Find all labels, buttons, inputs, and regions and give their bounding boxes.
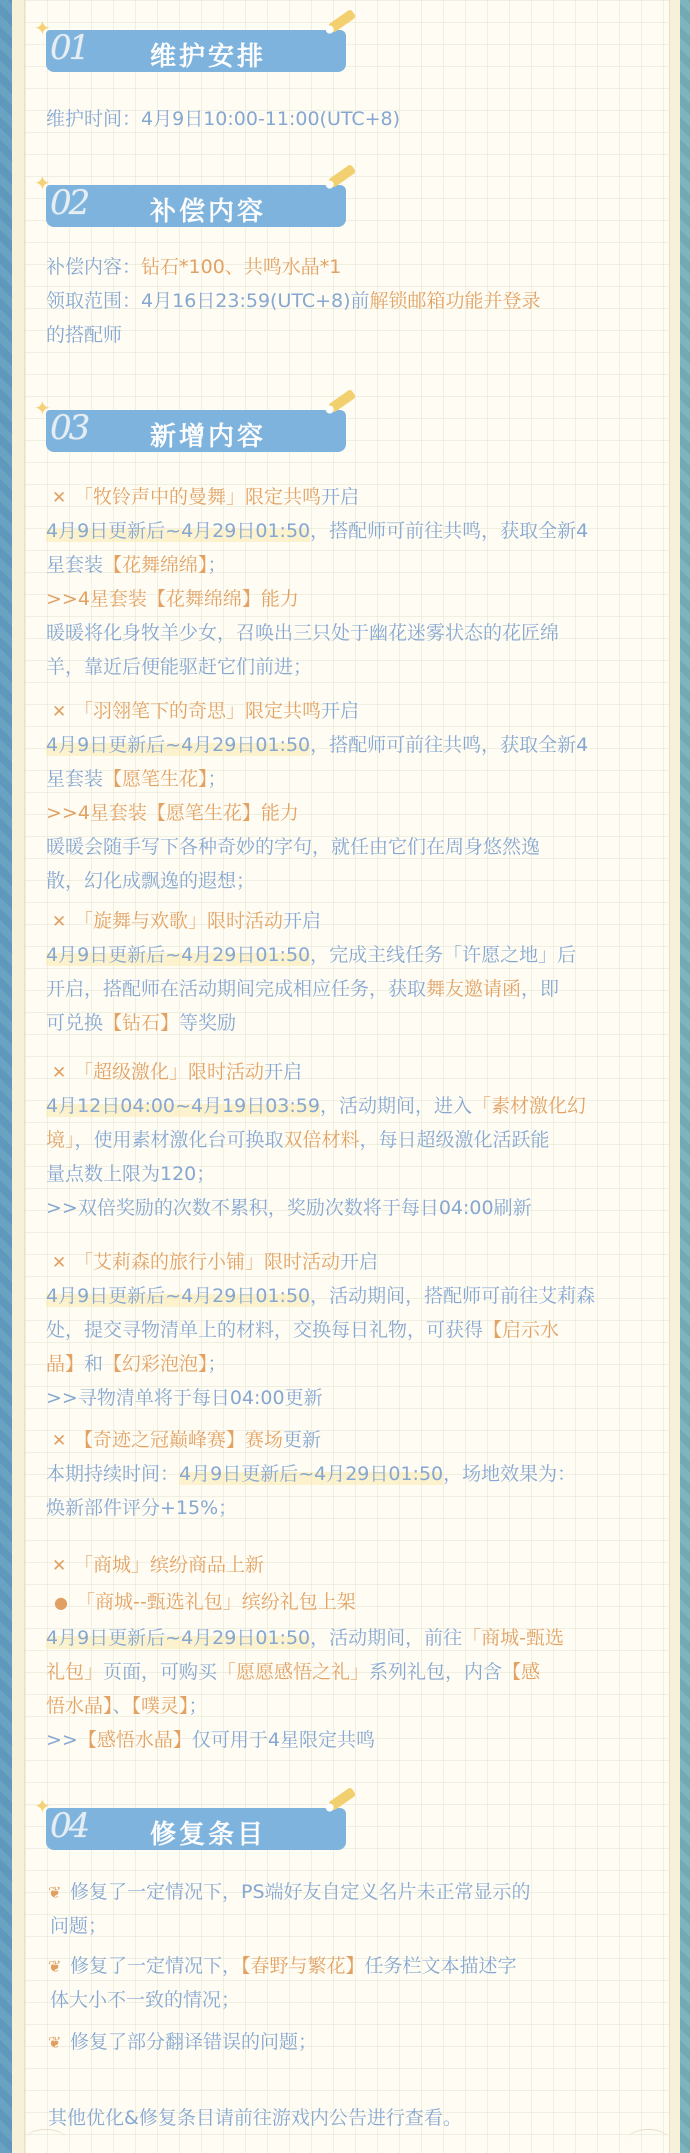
- item-text: ，完成主线任务「许愿之地」后: [310, 944, 576, 966]
- item-line: 星套装【花舞绵绵】；: [46, 553, 227, 577]
- sparkle-icon: ✦: [34, 16, 51, 40]
- item-heading: ✕「牧铃声中的曼舞」限定共鸣开启: [46, 485, 359, 510]
- item-heading-name: 【奇迹之冠巅峰赛】赛场: [74, 1429, 283, 1451]
- compensation-line: 补偿内容：钻石*100、共鸣水晶*1: [46, 255, 341, 279]
- item-text: >>: [46, 1729, 78, 1751]
- fix-highlight: 【春野与繁花】: [241, 1955, 365, 1977]
- item-highlight: 舞友邀请函: [426, 978, 521, 1000]
- section-number: 04: [50, 1806, 87, 1846]
- item-heading-name: 「商城」缤纷商品上新: [74, 1554, 264, 1576]
- claim-range-label: 领取范围：: [46, 290, 141, 312]
- item-heading: ✕「超级激化」限时活动开启: [46, 1060, 302, 1085]
- item-text: 处，提交寻物清单上的材料，交换每日礼物，可获得: [46, 1319, 483, 1341]
- item-line: 礼包」页面，可购买「愿愿感悟之礼」系列礼包，内含【感: [46, 1660, 540, 1684]
- section-header-compensation: ✦ 02 补偿内容: [46, 185, 346, 227]
- item-text: 等奖励: [179, 1012, 236, 1034]
- item-date: 4月9日更新后~4月29日01:50: [46, 734, 310, 756]
- item-line: 晶】和【幻彩泡泡】；: [46, 1352, 227, 1376]
- item-highlight: 【启示水: [483, 1319, 559, 1341]
- fix-text: 任务栏文本描述字: [365, 1955, 517, 1977]
- item-line: 处，提交寻物清单上的材料，交换每日礼物，可获得【启示水: [46, 1318, 559, 1342]
- item-line: 4月9日更新后~4月29日01:50，活动期间，前往「商城-甄选: [46, 1626, 564, 1650]
- item-line: 星套装【愿笔生花】；: [46, 767, 227, 791]
- item-text: 、: [113, 1695, 132, 1717]
- item-text: 星套装: [46, 554, 103, 576]
- compensation-label: 补偿内容：: [46, 256, 141, 278]
- item-line: 4月12日04:00~4月19日03:59，活动期间，进入「素材激化幻: [46, 1094, 586, 1118]
- item-highlight: 礼包」: [46, 1661, 103, 1683]
- claim-range-date: 4月16日23:59(UTC+8)前: [141, 290, 370, 312]
- item-ability: >>4星套装【花舞绵绵】能力: [46, 587, 299, 611]
- item-highlight: 境」: [46, 1129, 75, 1151]
- dot-bullet-icon: ●: [54, 1591, 76, 1615]
- fix-item: ❦修复了一定情况下，PS端好友自定义名片未正常显示的: [46, 1880, 531, 1905]
- section-header-maintenance: ✦ 01 维护安排: [46, 30, 346, 72]
- item-highlight: 悟水晶】: [46, 1695, 113, 1717]
- item-text: 和: [84, 1353, 103, 1375]
- fix-text: 修复了部分翻译错误的问题；: [70, 2031, 317, 2053]
- item-heading-name: 「旋舞与欢歌」限时活动: [74, 910, 283, 932]
- item-text: 开启，搭配师在活动期间完成相应任务，获取: [46, 978, 426, 1000]
- item-highlight: 【感悟水晶】: [78, 1729, 192, 1751]
- item-text: ，活动期间，前往: [310, 1627, 462, 1649]
- x-bullet-icon: ✕: [52, 1251, 74, 1275]
- corner-decoration: [628, 2129, 668, 2149]
- item-highlight: 【钻石】: [103, 1012, 179, 1034]
- item-highlight: 「愿愿感悟之礼」: [217, 1661, 369, 1683]
- section-number: 01: [50, 28, 87, 68]
- item-text: 仅可用于4星限定共鸣: [192, 1729, 375, 1751]
- section-header-new-content: ✦ 03 新增内容: [46, 410, 346, 452]
- item-heading-tail: 更新: [283, 1429, 321, 1451]
- item-text: ；: [208, 768, 227, 790]
- x-bullet-icon: ✕: [52, 910, 74, 934]
- item-line: 4月9日更新后~4月29日01:50，完成主线任务「许愿之地」后: [46, 943, 576, 967]
- item-text: ；: [208, 1353, 227, 1375]
- section-number: 02: [50, 183, 87, 223]
- pencil-icon: [328, 1787, 357, 1811]
- item-line: 开启，搭配师在活动期间完成相应任务，获取舞友邀请函，即: [46, 977, 559, 1001]
- item-heading-tail: 开启: [340, 1251, 378, 1273]
- item-highlight: 【愿笔生花】: [103, 768, 208, 790]
- pencil-icon: [328, 9, 357, 33]
- item-subheading: ●「商城--甄选礼包」缤纷礼包上架: [46, 1590, 356, 1615]
- claim-range-condition: 解锁邮箱功能并登录: [370, 290, 541, 312]
- fix-item-line-2: 问题；: [50, 1914, 107, 1938]
- section-title: 维护安排: [150, 36, 266, 73]
- item-note: >>【感悟水晶】仅可用于4星限定共鸣: [46, 1728, 375, 1752]
- leaf-icon: ❦: [48, 1955, 70, 1979]
- x-bullet-icon: ✕: [52, 1554, 74, 1578]
- sparkle-icon: ✦: [34, 396, 51, 420]
- maintenance-label: 维护时间：: [46, 108, 141, 130]
- item-text: ，场地效果为：: [443, 1463, 576, 1485]
- item-text: ，搭配师可前往共鸣，获取全新4: [310, 520, 588, 542]
- item-text: ，使用素材激化台可换取: [75, 1129, 284, 1151]
- item-highlight: 双倍材料: [284, 1129, 360, 1151]
- item-line: 量点数上限为120；: [46, 1162, 215, 1186]
- section-number: 03: [50, 408, 87, 448]
- announcement-content: ✦ 01 维护安排 维护时间：4月9日10:00-11:00(UTC+8) ✦ …: [0, 0, 690, 2153]
- item-heading: ✕「商城」缤纷商品上新: [46, 1553, 264, 1578]
- item-line: 4月9日更新后~4月29日01:50，搭配师可前往共鸣，获取全新4: [46, 519, 588, 543]
- item-heading-name: 「超级激化」限时活动: [74, 1061, 264, 1083]
- item-text: 系列礼包，内含: [369, 1661, 502, 1683]
- x-bullet-icon: ✕: [52, 1429, 74, 1453]
- x-bullet-icon: ✕: [52, 700, 74, 724]
- x-bullet-icon: ✕: [52, 1061, 74, 1085]
- fix-item: ❦修复了部分翻译错误的问题；: [46, 2030, 317, 2055]
- item-text: ，活动期间，搭配师可前往艾莉森: [310, 1285, 595, 1307]
- item-heading: ✕「艾莉森的旅行小铺」限时活动开启: [46, 1250, 378, 1275]
- item-highlight: 「素材激化幻: [472, 1095, 586, 1117]
- sparkle-icon: ✦: [34, 171, 51, 195]
- item-heading-tail: 开启: [321, 700, 359, 722]
- item-date: 4月9日更新后~4月29日01:50: [46, 944, 310, 966]
- item-text: ，即: [521, 978, 559, 1000]
- item-heading-name: 「羽翎笔下的奇思」限定共鸣: [74, 700, 321, 722]
- item-note: >>双倍奖励的次数不累积，奖励次数将于每日04:00刷新: [46, 1196, 532, 1220]
- fix-text: 修复了一定情况下，: [70, 1955, 241, 1977]
- item-line: 本期持续时间：4月9日更新后~4月29日01:50，场地效果为：: [46, 1462, 576, 1486]
- item-date: 4月9日更新后~4月29日01:50: [179, 1463, 443, 1485]
- item-text: ，每日超级激化活跃能: [360, 1129, 550, 1151]
- item-text: ，活动期间，进入: [320, 1095, 472, 1117]
- pencil-icon: [328, 389, 357, 413]
- item-desc: 散，幻化成飘逸的遐想；: [46, 869, 255, 893]
- fix-text: 修复了一定情况下，PS端好友自定义名片未正常显示的: [70, 1881, 531, 1903]
- item-highlight: 【幻彩泡泡】: [103, 1353, 208, 1375]
- item-line: 可兑换【钻石】等奖励: [46, 1011, 236, 1035]
- item-line: 4月9日更新后~4月29日01:50，活动期间，搭配师可前往艾莉森: [46, 1284, 595, 1308]
- item-line: 悟水晶】、【噗灵】；: [46, 1694, 208, 1718]
- item-highlight: 【感: [502, 1661, 540, 1683]
- pencil-icon: [328, 164, 357, 188]
- item-ability: >>4星套装【愿笔生花】能力: [46, 801, 299, 825]
- item-date: 4月9日更新后~4月29日01:50: [46, 1627, 310, 1649]
- leaf-icon: ❦: [48, 2031, 70, 2055]
- item-heading-tail: 开启: [321, 486, 359, 508]
- item-subheading-text: 「商城--甄选礼包」缤纷礼包上架: [76, 1591, 356, 1613]
- item-heading: ✕【奇迹之冠巅峰赛】赛场更新: [46, 1428, 321, 1453]
- section-title: 新增内容: [150, 416, 266, 453]
- item-highlight: 「商城-甄选: [462, 1627, 564, 1649]
- claim-range-line: 领取范围：4月16日23:59(UTC+8)前解锁邮箱功能并登录: [46, 289, 541, 313]
- item-desc: 暖暖会随手写下各种奇妙的字句，就任由它们在周身悠然逸: [46, 835, 540, 859]
- item-text: 本期持续时间：: [46, 1463, 179, 1485]
- corner-decoration: [26, 2129, 66, 2149]
- fix-item-line-2: 体大小不一致的情况；: [50, 1988, 240, 2012]
- footer-note: 其他优化&修复条目请前往游戏内公告进行查看。: [48, 2106, 462, 2130]
- item-heading-name: 「艾莉森的旅行小铺」限时活动: [74, 1251, 340, 1273]
- item-line: 焕新部件评分+15%；: [46, 1496, 237, 1520]
- item-heading: ✕「羽翎笔下的奇思」限定共鸣开启: [46, 699, 359, 724]
- sparkle-icon: ✦: [34, 1794, 51, 1818]
- item-heading: ✕「旋舞与欢歌」限时活动开启: [46, 909, 321, 934]
- leaf-icon: ❦: [48, 1881, 70, 1905]
- item-text: 页面，可购买: [103, 1661, 217, 1683]
- item-date: 4月9日更新后~4月29日01:50: [46, 520, 310, 542]
- claim-range-tail: 的搭配师: [46, 324, 122, 346]
- claim-range-line-2: 的搭配师: [46, 323, 122, 347]
- maintenance-time-line: 维护时间：4月9日10:00-11:00(UTC+8): [46, 107, 400, 131]
- item-date: 4月9日更新后~4月29日01:50: [46, 1285, 310, 1307]
- item-desc: 暖暖将化身牧羊少女，召唤出三只处于幽花迷雾状态的花匠绵: [46, 621, 559, 645]
- fix-item: ❦修复了一定情况下，【春野与繁花】任务栏文本描述字: [46, 1954, 517, 1979]
- item-date: 4月12日04:00~4月19日03:59: [46, 1095, 320, 1117]
- compensation-value: 钻石*100、共鸣水晶*1: [141, 256, 341, 278]
- item-desc: 羊，靠近后便能驱赶它们前进；: [46, 655, 312, 679]
- item-line: 境」，使用素材激化台可换取双倍材料，每日超级激化活跃能: [46, 1128, 550, 1152]
- section-header-fixes: ✦ 04 修复条目: [46, 1808, 346, 1850]
- item-text: ；: [208, 554, 227, 576]
- section-title: 补偿内容: [150, 191, 266, 228]
- item-text: ，搭配师可前往共鸣，获取全新4: [310, 734, 588, 756]
- item-text: 可兑换: [46, 1012, 103, 1034]
- item-highlight: 【噗灵】: [132, 1695, 189, 1717]
- item-text: 星套装: [46, 768, 103, 790]
- item-text: ；: [189, 1695, 208, 1717]
- section-title: 修复条目: [150, 1814, 266, 1851]
- item-heading-name: 「牧铃声中的曼舞」限定共鸣: [74, 486, 321, 508]
- x-bullet-icon: ✕: [52, 486, 74, 510]
- item-highlight: 【花舞绵绵】: [103, 554, 208, 576]
- item-note: >>寻物清单将于每日04:00更新: [46, 1386, 323, 1410]
- item-heading-tail: 开启: [283, 910, 321, 932]
- maintenance-value: 4月9日10:00-11:00(UTC+8): [141, 108, 400, 130]
- item-highlight: 晶】: [46, 1353, 84, 1375]
- item-heading-tail: 开启: [264, 1061, 302, 1083]
- item-line: 4月9日更新后~4月29日01:50，搭配师可前往共鸣，获取全新4: [46, 733, 588, 757]
